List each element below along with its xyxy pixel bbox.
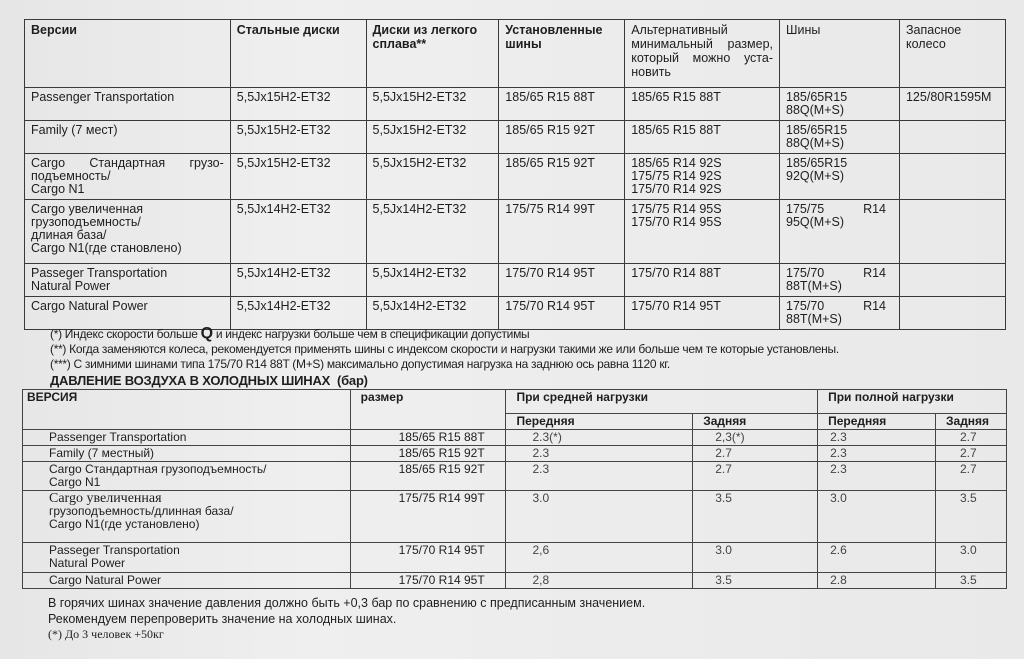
header-steel-rims: Стальные диски	[230, 20, 366, 88]
cell-spare-wheel	[899, 200, 1005, 264]
cell-full-rear: 2.7	[936, 430, 1007, 446]
cell-steel-rim: 5,5Jx15H2-ET32	[230, 88, 366, 121]
cell-alloy-rim: 5,5Jx14H2-ET32	[366, 200, 499, 264]
cell-spare-wheel	[899, 264, 1005, 297]
cell-full-front: 2.6	[818, 543, 936, 573]
cell-alternative-size: 185/65 R15 88T	[625, 88, 780, 121]
cell-installed-tire: 185/65 R15 88T	[499, 88, 625, 121]
pressure-table-row: Passenger Transportation185/65 R15 88T2.…	[23, 430, 1007, 446]
cell-alternative-size: 185/65 R14 92S175/75 R14 92S175/70 R14 9…	[625, 154, 780, 200]
cell-steel-rim: 5,5Jx15H2-ET32	[230, 154, 366, 200]
cell-medium-front: 2,6	[506, 543, 693, 573]
cell-full-front: 2.3	[818, 462, 936, 491]
footnote-3: (***) С зимними шинами типа 175/70 R14 8…	[50, 357, 839, 372]
cell-installed-tire: 185/65 R15 92T	[499, 121, 625, 154]
header-tires: Шины	[780, 20, 900, 88]
pressure-header-full-front: Передняя	[818, 414, 936, 430]
cell-version: Cargo увеличеннаягрузоподъемность/длинна…	[23, 491, 351, 543]
cell-medium-rear: 3.0	[693, 543, 818, 573]
footnote-1: (*) Индекс скорости больше Q и индекс на…	[50, 326, 839, 342]
cell-alternative-size: 175/70 R14 88T	[625, 264, 780, 297]
cell-steel-rim: 5,5Jx14H2-ET32	[230, 297, 366, 330]
cell-steel-rim: 5,5Jx14H2-ET32	[230, 264, 366, 297]
cell-full-rear: 2.7	[936, 462, 1007, 491]
cell-version: Passenger Transportation	[23, 430, 351, 446]
cell-spare-wheel	[899, 154, 1005, 200]
cell-version: Family (7 местный)	[23, 446, 351, 462]
tire-table-row: Family (7 мест)5,5Jx15H2-ET325,5Jx15H2-E…	[25, 121, 1006, 154]
tire-table-row: Cargo Natural Power5,5Jx14H2-ET325,5Jx14…	[25, 297, 1006, 330]
pressure-header-version: ВЕРСИЯ	[23, 390, 351, 430]
cell-installed-tire: 175/75 R14 99T	[499, 200, 625, 264]
pressure-header-full-load: При полной нагрузки	[818, 390, 1007, 414]
footnotes: (*) Индекс скорости больше Q и индекс на…	[50, 326, 839, 372]
pressure-table-row: Family (7 местный)185/65 R15 92T2.32.72.…	[23, 446, 1007, 462]
cell-alternative-size: 175/70 R14 95T	[625, 297, 780, 330]
cell-full-rear: 3.0	[936, 543, 1007, 573]
cell-full-rear: 3.5	[936, 573, 1007, 589]
cell-winter-tire: 175/75R1495Q(M+S)	[780, 200, 900, 264]
cell-medium-rear: 2.7	[693, 446, 818, 462]
cell-winter-tire: 175/70R1488T(M+S)	[780, 297, 900, 330]
cell-version: Cargo Natural Power	[23, 573, 351, 589]
cell-alloy-rim: 5,5Jx15H2-ET32	[366, 121, 499, 154]
header-spare-wheel: Запасное колесо	[899, 20, 1005, 88]
cell-version: Passeger TransportationNatural Power	[25, 264, 231, 297]
header-installed-tires: Установленные шины	[499, 20, 625, 88]
cell-alternative-size: 185/65 R15 88T	[625, 121, 780, 154]
header-alloy-rims: Диски из легкого сплава**	[366, 20, 499, 88]
tire-pressure-table: ВЕРСИЯ размер При средней нагрузки При п…	[22, 389, 1007, 589]
recheck-note: Рекомендуем перепроверить значение на хо…	[48, 612, 396, 626]
cell-medium-front: 2,8	[506, 573, 693, 589]
pressure-section-title: ДАВЛЕНИЕ ВОЗДУХА В ХОЛОДНЫХ ШИНАХ (бар)	[50, 373, 368, 388]
cell-spare-wheel	[899, 121, 1005, 154]
cell-size: 185/65 R15 92T	[350, 446, 506, 462]
tire-specs-table: Версии Стальные диски Диски из легкого с…	[24, 19, 1006, 330]
cell-alternative-size: 175/75 R14 95S175/70 R14 95S	[625, 200, 780, 264]
pressure-header-medium-rear: Задняя	[693, 414, 818, 430]
tire-table-row: CargoСтандартнаягрузо-подъемность/Cargo …	[25, 154, 1006, 200]
cell-medium-rear: 2,3(*)	[693, 430, 818, 446]
cell-spare-wheel	[899, 297, 1005, 330]
cell-winter-tire: 185/65R1588Q(M+S)	[780, 121, 900, 154]
cell-winter-tire: 175/70R1488T(M+S)	[780, 264, 900, 297]
pressure-header-medium-front: Передняя	[506, 414, 693, 430]
cell-full-front: 2.3	[818, 446, 936, 462]
tire-table-header: Версии Стальные диски Диски из легкого с…	[25, 20, 1006, 88]
cell-size: 175/70 R14 95T	[350, 573, 506, 589]
cell-winter-tire: 185/65R1588Q(M+S)	[780, 88, 900, 121]
cell-alloy-rim: 5,5Jx14H2-ET32	[366, 264, 499, 297]
scanned-page: Версии Стальные диски Диски из легкого с…	[0, 0, 1024, 659]
cell-size: 175/70 R14 95T	[350, 543, 506, 573]
header-version: Версии	[25, 20, 231, 88]
cell-winter-tire: 185/65R1592Q(M+S)	[780, 154, 900, 200]
cell-medium-rear: 2.7	[693, 462, 818, 491]
cell-medium-rear: 3.5	[693, 491, 818, 543]
pressure-table-row: Cargo Стандартная грузоподъемность/Cargo…	[23, 462, 1007, 491]
cell-installed-tire: 175/70 R14 95T	[499, 264, 625, 297]
cell-steel-rim: 5,5Jx14H2-ET32	[230, 200, 366, 264]
pressure-table-row: Cargo Natural Power175/70 R14 95T2,83.52…	[23, 573, 1007, 589]
cell-medium-front: 2.3	[506, 462, 693, 491]
cell-alloy-rim: 5,5Jx15H2-ET32	[366, 154, 499, 200]
cell-steel-rim: 5,5Jx15H2-ET32	[230, 121, 366, 154]
cell-size: 185/65 R15 88T	[350, 430, 506, 446]
cell-version: Passenger Transportation	[25, 88, 231, 121]
cell-installed-tire: 175/70 R14 95T	[499, 297, 625, 330]
pressure-table-row: Passeger TransportationNatural Power175/…	[23, 543, 1007, 573]
header-alternative-size: Альтернативный минимальный размер, котор…	[625, 20, 780, 88]
cell-medium-front: 2.3	[506, 446, 693, 462]
tire-table-row: Passenger Transportation5,5Jx15H2-ET325,…	[25, 88, 1006, 121]
cell-medium-front: 3.0	[506, 491, 693, 543]
cell-size: 175/75 R14 99T	[350, 491, 506, 543]
cell-version: Cargo увеличеннаягрузоподъемность/длиная…	[25, 200, 231, 264]
tire-table-row: Passeger TransportationNatural Power5,5J…	[25, 264, 1006, 297]
tire-table-row: Cargo увеличеннаягрузоподъемность/длиная…	[25, 200, 1006, 264]
pressure-header-size: размер	[350, 390, 506, 430]
cell-installed-tire: 185/65 R15 92T	[499, 154, 625, 200]
cell-full-rear: 2.7	[936, 446, 1007, 462]
cell-version: CargoСтандартнаягрузо-подъемность/Cargo …	[25, 154, 231, 200]
pressure-header-medium-load: При средней нагрузки	[506, 390, 818, 414]
persons-note: (*) До 3 человек +50кг	[48, 627, 164, 642]
hot-tire-note: В горячих шинах значение давления должно…	[48, 596, 645, 610]
cell-spare-wheel: 125/80R1595M	[899, 88, 1005, 121]
pressure-table-row: Cargo увеличеннаягрузоподъемность/длинна…	[23, 491, 1007, 543]
cell-full-rear: 3.5	[936, 491, 1007, 543]
cell-full-front: 2.8	[818, 573, 936, 589]
cell-version: Cargo Стандартная грузоподъемность/Cargo…	[23, 462, 351, 491]
cell-size: 185/65 R15 92T	[350, 462, 506, 491]
cell-version: Passeger TransportationNatural Power	[23, 543, 351, 573]
cell-alloy-rim: 5,5Jx15H2-ET32	[366, 88, 499, 121]
cell-medium-rear: 3.5	[693, 573, 818, 589]
pressure-header-full-rear: Задняя	[936, 414, 1007, 430]
footnote-2: (**) Когда заменяются колеса, рекомендуе…	[50, 342, 839, 357]
cell-version: Cargo Natural Power	[25, 297, 231, 330]
cell-version: Family (7 мест)	[25, 121, 231, 154]
cell-full-front: 3.0	[818, 491, 936, 543]
cell-alloy-rim: 5,5Jx14H2-ET32	[366, 297, 499, 330]
cell-full-front: 2.3	[818, 430, 936, 446]
cell-medium-front: 2.3(*)	[506, 430, 693, 446]
